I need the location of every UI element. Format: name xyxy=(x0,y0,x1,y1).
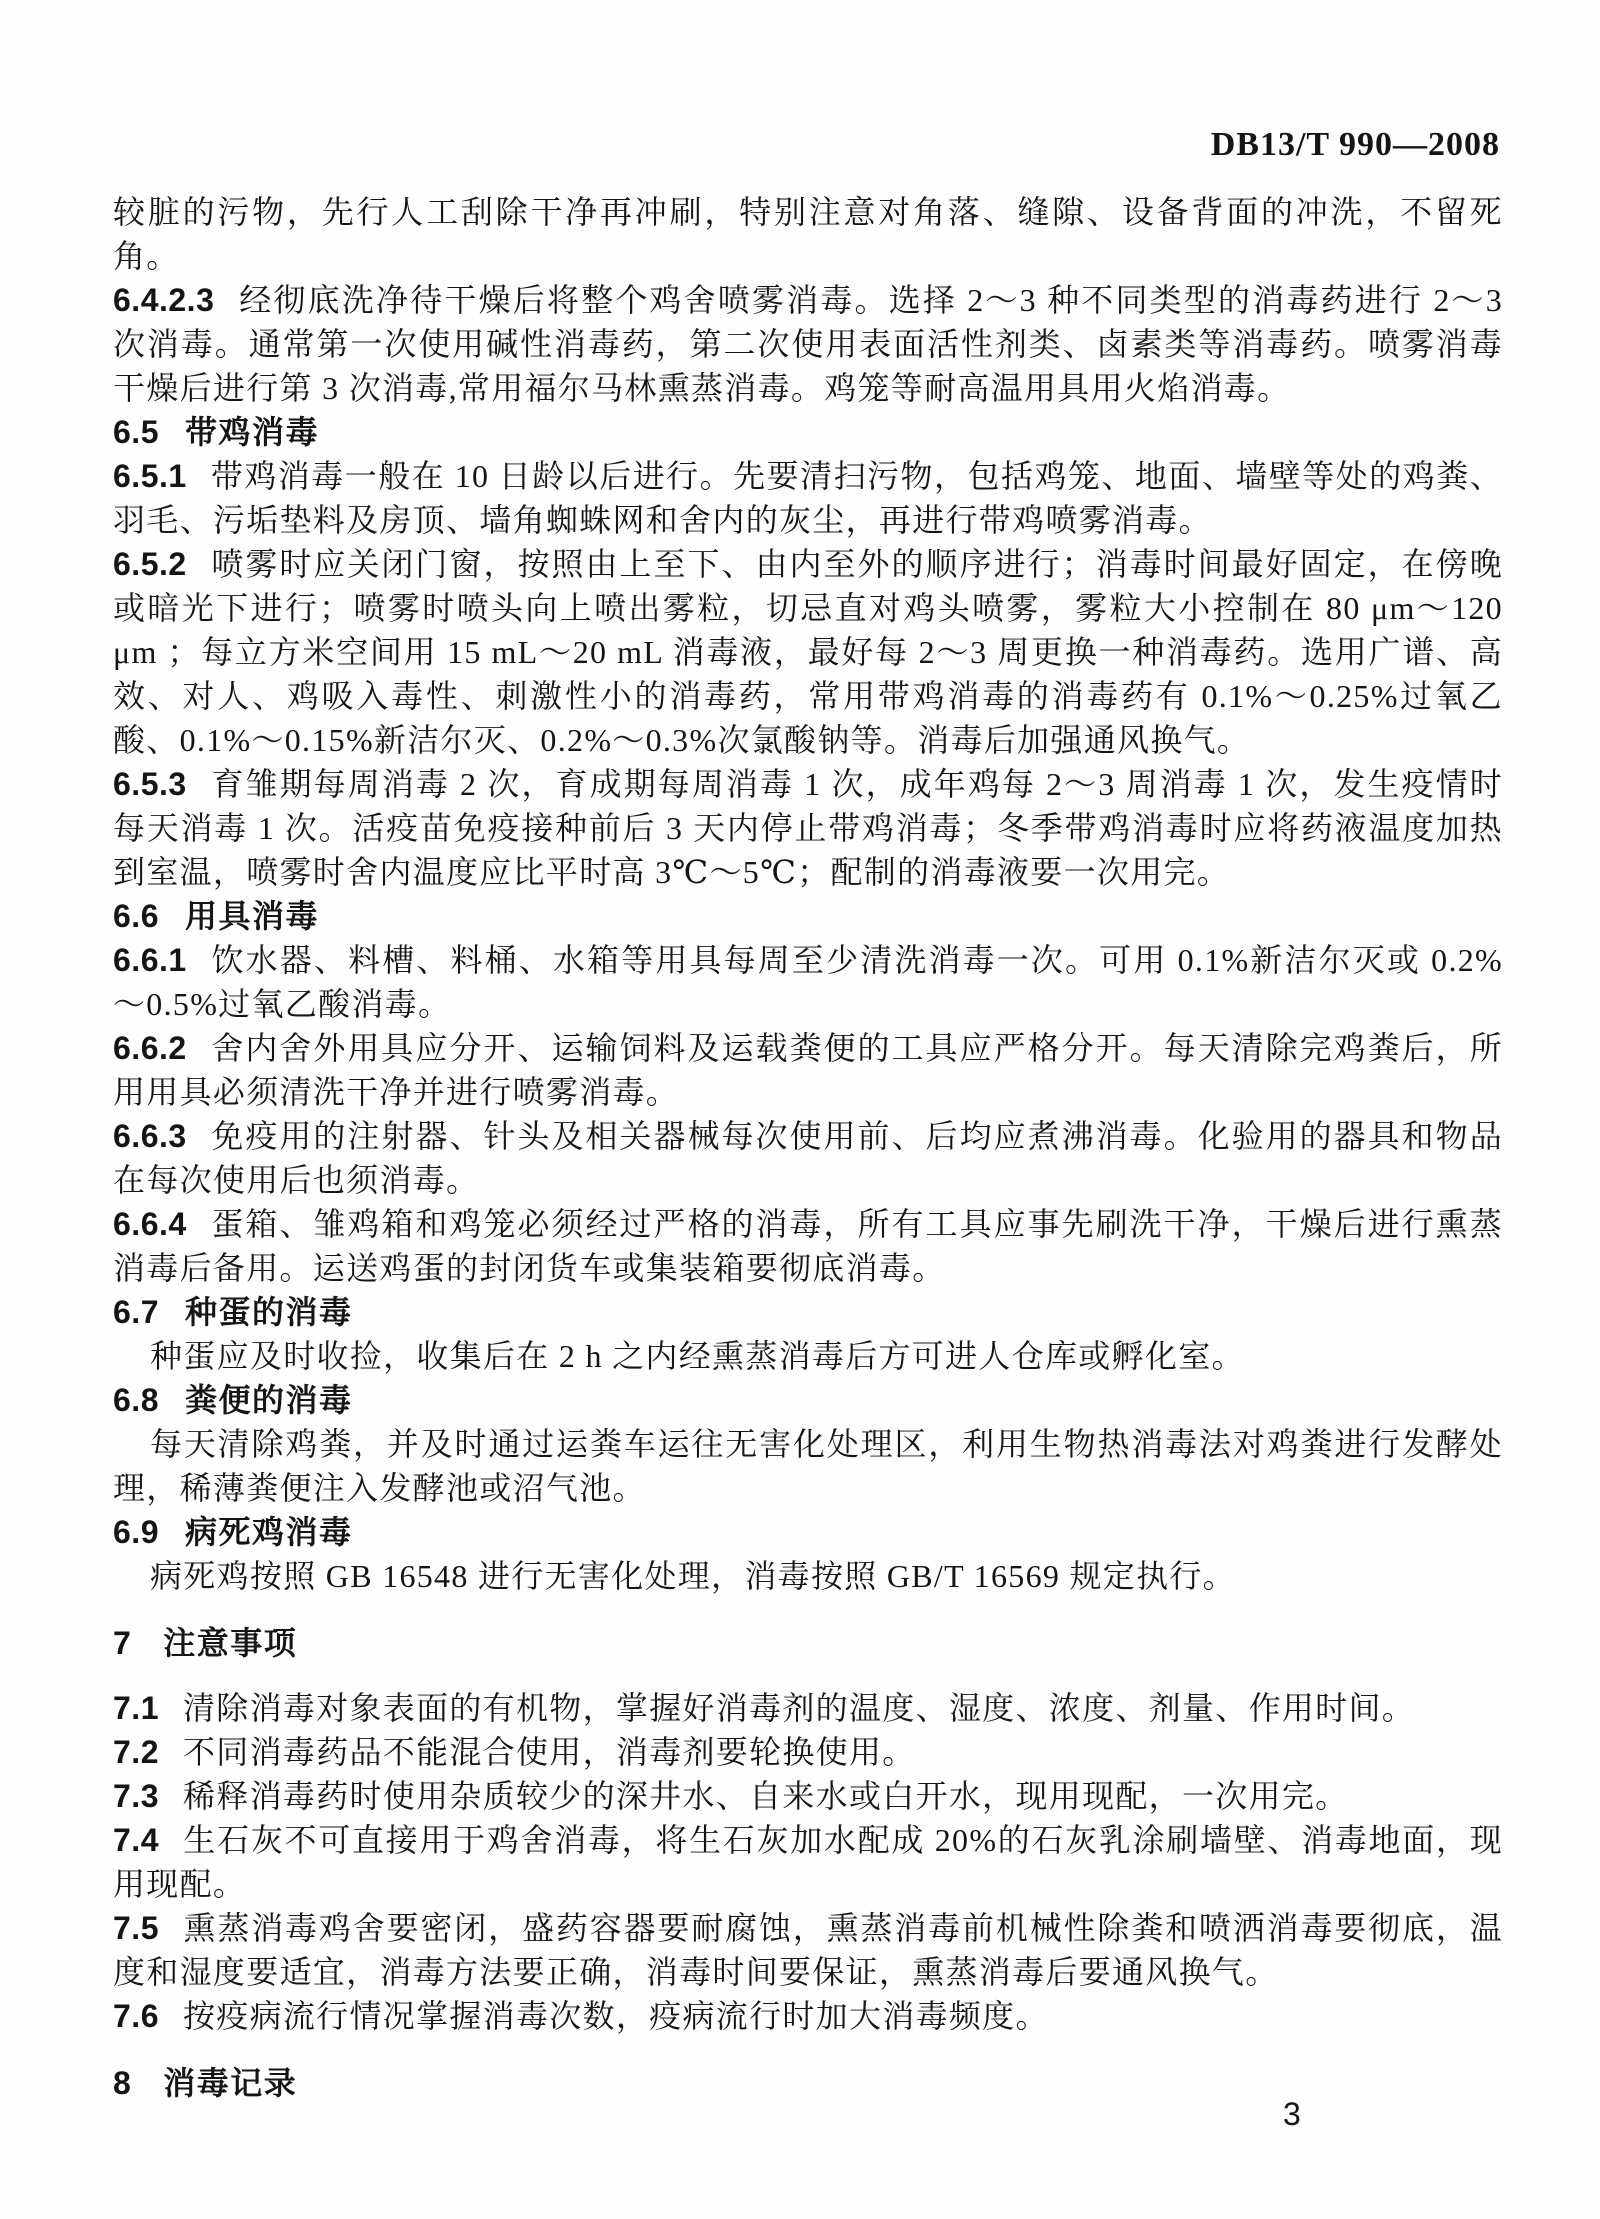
clause-6-6-2: 6.6.2舍内舍外用具应分开、运输饲料及运载粪便的工具应严格分开。每天清除完鸡粪… xyxy=(113,1026,1503,1114)
clause-text: 舍内舍外用具应分开、运输饲料及运载粪便的工具应严格分开。每天清除完鸡粪后，所用用… xyxy=(113,1030,1503,1110)
clause-text: 蛋箱、雏鸡箱和鸡笼必须经过严格的消毒，所有工具应事先刷洗干净，干燥后进行熏蒸消毒… xyxy=(113,1206,1503,1286)
clause-number: 6.6.4 xyxy=(113,1206,187,1242)
clause-text: 按疫病流行情况掌握消毒次数，疫病流行时加大消毒频度。 xyxy=(183,1998,1049,2034)
clause-6-6-3: 6.6.3免疫用的注射器、针头及相关器械每次使用前、后均应煮沸消毒。化验用的器具… xyxy=(113,1114,1503,1202)
chapter-number: 8 xyxy=(113,2065,131,2101)
section-heading-6-5: 6.5带鸡消毒 xyxy=(113,410,1503,454)
section-number: 6.7 xyxy=(113,1294,159,1330)
section-title: 粪便的消毒 xyxy=(185,1382,353,1418)
clause-number: 6.6.2 xyxy=(113,1030,187,1066)
chapter-number: 7 xyxy=(113,1625,131,1661)
clause-text: 带鸡消毒一般在 10 日龄以后进行。先要清扫污物，包括鸡笼、地面、墙壁等处的鸡粪… xyxy=(113,458,1503,538)
section-title: 病死鸡消毒 xyxy=(185,1514,353,1550)
clause-text: 稀释消毒药时使用杂质较少的深井水、自来水或白开水，现用现配，一次用完。 xyxy=(183,1778,1349,1814)
section-title: 用具消毒 xyxy=(185,898,319,934)
paragraph-6-8: 每天清除鸡粪，并及时通过运粪车运往无害化处理区，利用生物热消毒法对鸡粪进行发酵处… xyxy=(113,1422,1503,1510)
clause-6-4-2-3: 6.4.2.3经彻底洗净待干燥后将整个鸡舍喷雾消毒。选择 2～3 种不同类型的消… xyxy=(113,278,1503,410)
clause-number: 6.6.1 xyxy=(113,942,187,978)
document-page: DB13/T 990—2008 较脏的污物，先行人工刮除干净再冲刷，特别注意对角… xyxy=(0,0,1600,2219)
clause-text: 育雏期每周消毒 2 次，育成期每周消毒 1 次，成年鸡每 2～3 周消毒 1 次… xyxy=(113,766,1503,890)
paragraph-text: 每天清除鸡粪，并及时通过运粪车运往无害化处理区，利用生物热消毒法对鸡粪进行发酵处… xyxy=(113,1426,1503,1506)
clause-7-6: 7.6按疫病流行情况掌握消毒次数，疫病流行时加大消毒频度。 xyxy=(113,1994,1503,2038)
document-body: 较脏的污物，先行人工刮除干净再冲刷，特别注意对角落、缝隙、设备背面的冲洗，不留死… xyxy=(113,190,1503,2126)
clause-text: 熏蒸消毒鸡舍要密闭，盛药容器要耐腐蚀，熏蒸消毒前机械性除粪和喷洒消毒要彻底，温度… xyxy=(113,1910,1503,1990)
section-number: 6.5 xyxy=(113,414,159,450)
clause-number: 7.4 xyxy=(113,1822,159,1858)
clause-number: 7.3 xyxy=(113,1778,159,1814)
standard-number-header: DB13/T 990—2008 xyxy=(1211,126,1500,164)
clause-6-5-3: 6.5.3育雏期每周消毒 2 次，育成期每周消毒 1 次，成年鸡每 2～3 周消… xyxy=(113,762,1503,894)
clause-number: 7.6 xyxy=(113,1998,159,2034)
clause-7-5: 7.5熏蒸消毒鸡舍要密闭，盛药容器要耐腐蚀，熏蒸消毒前机械性除粪和喷洒消毒要彻底… xyxy=(113,1906,1503,1994)
clause-6-5-1: 6.5.1带鸡消毒一般在 10 日龄以后进行。先要清扫污物，包括鸡笼、地面、墙壁… xyxy=(113,454,1503,542)
paragraph-text: 病死鸡按照 GB 16548 进行无害化处理，消毒按照 GB/T 16569 规… xyxy=(150,1558,1236,1594)
paragraph-continuation: 较脏的污物，先行人工刮除干净再冲刷，特别注意对角落、缝隙、设备背面的冲洗，不留死… xyxy=(113,190,1503,278)
clause-text: 喷雾时应关闭门窗，按照由上至下、由内至外的顺序进行；消毒时间最好固定，在傍晚或暗… xyxy=(113,546,1503,758)
clause-number: 7.5 xyxy=(113,1910,159,1946)
clause-number: 6.5.1 xyxy=(113,458,187,494)
clause-7-1: 7.1清除消毒对象表面的有机物，掌握好消毒剂的温度、湿度、浓度、剂量、作用时间。 xyxy=(113,1686,1503,1730)
section-title: 种蛋的消毒 xyxy=(185,1294,353,1330)
clause-number: 7.2 xyxy=(113,1734,159,1770)
paragraph-text: 较脏的污物，先行人工刮除干净再冲刷，特别注意对角落、缝隙、设备背面的冲洗，不留死… xyxy=(113,194,1503,274)
section-heading-6-9: 6.9病死鸡消毒 xyxy=(113,1510,1503,1554)
clause-text: 不同消毒药品不能混合使用，消毒剂要轮换使用。 xyxy=(183,1734,916,1770)
chapter-heading-7: 7注意事项 xyxy=(113,1621,1503,1665)
clause-number: 6.4.2.3 xyxy=(113,282,214,318)
clause-number: 7.1 xyxy=(113,1690,159,1726)
clause-7-2: 7.2不同消毒药品不能混合使用，消毒剂要轮换使用。 xyxy=(113,1730,1503,1774)
section-number: 6.6 xyxy=(113,898,159,934)
chapter-title: 注意事项 xyxy=(163,1625,297,1661)
clause-text: 饮水器、料槽、料桶、水箱等用具每周至少清洗消毒一次。可用 0.1%新洁尔灭或 0… xyxy=(113,942,1503,1022)
paragraph-6-9: 病死鸡按照 GB 16548 进行无害化处理，消毒按照 GB/T 16569 规… xyxy=(113,1554,1503,1598)
clause-text: 生石灰不可直接用于鸡舍消毒，将生石灰加水配成 20%的石灰乳涂刷墙壁、消毒地面，… xyxy=(113,1822,1503,1902)
clause-text: 经彻底洗净待干燥后将整个鸡舍喷雾消毒。选择 2～3 种不同类型的消毒药进行 2～… xyxy=(113,282,1503,406)
section-title: 带鸡消毒 xyxy=(185,414,319,450)
clause-number: 6.6.3 xyxy=(113,1118,187,1154)
clause-number: 6.5.2 xyxy=(113,546,187,582)
section-heading-6-7: 6.7种蛋的消毒 xyxy=(113,1290,1503,1334)
paragraph-text: 种蛋应及时收捡，收集后在 2 h 之内经熏蒸消毒后方可进人仓库或孵化室。 xyxy=(150,1338,1245,1374)
clause-7-4: 7.4生石灰不可直接用于鸡舍消毒，将生石灰加水配成 20%的石灰乳涂刷墙壁、消毒… xyxy=(113,1818,1503,1906)
paragraph-6-7: 种蛋应及时收捡，收集后在 2 h 之内经熏蒸消毒后方可进人仓库或孵化室。 xyxy=(113,1334,1503,1378)
chapter-title: 消毒记录 xyxy=(163,2065,297,2101)
clause-6-6-4: 6.6.4蛋箱、雏鸡箱和鸡笼必须经过严格的消毒，所有工具应事先刷洗干净，干燥后进… xyxy=(113,1202,1503,1290)
page-number: 3 xyxy=(1283,2096,1301,2133)
clause-number: 6.5.3 xyxy=(113,766,187,802)
clause-text: 免疫用的注射器、针头及相关器械每次使用前、后均应煮沸消毒。化验用的器具和物品在每… xyxy=(113,1118,1503,1198)
clause-6-6-1: 6.6.1饮水器、料槽、料桶、水箱等用具每周至少清洗消毒一次。可用 0.1%新洁… xyxy=(113,938,1503,1026)
clause-text: 清除消毒对象表面的有机物，掌握好消毒剂的温度、湿度、浓度、剂量、作用时间。 xyxy=(183,1690,1415,1726)
section-heading-6-8: 6.8粪便的消毒 xyxy=(113,1378,1503,1422)
section-heading-6-6: 6.6用具消毒 xyxy=(113,894,1503,938)
section-number: 6.8 xyxy=(113,1382,159,1418)
clause-7-3: 7.3稀释消毒药时使用杂质较少的深井水、自来水或白开水，现用现配，一次用完。 xyxy=(113,1774,1503,1818)
section-number: 6.9 xyxy=(113,1514,159,1550)
clause-6-5-2: 6.5.2喷雾时应关闭门窗，按照由上至下、由内至外的顺序进行；消毒时间最好固定，… xyxy=(113,542,1503,762)
